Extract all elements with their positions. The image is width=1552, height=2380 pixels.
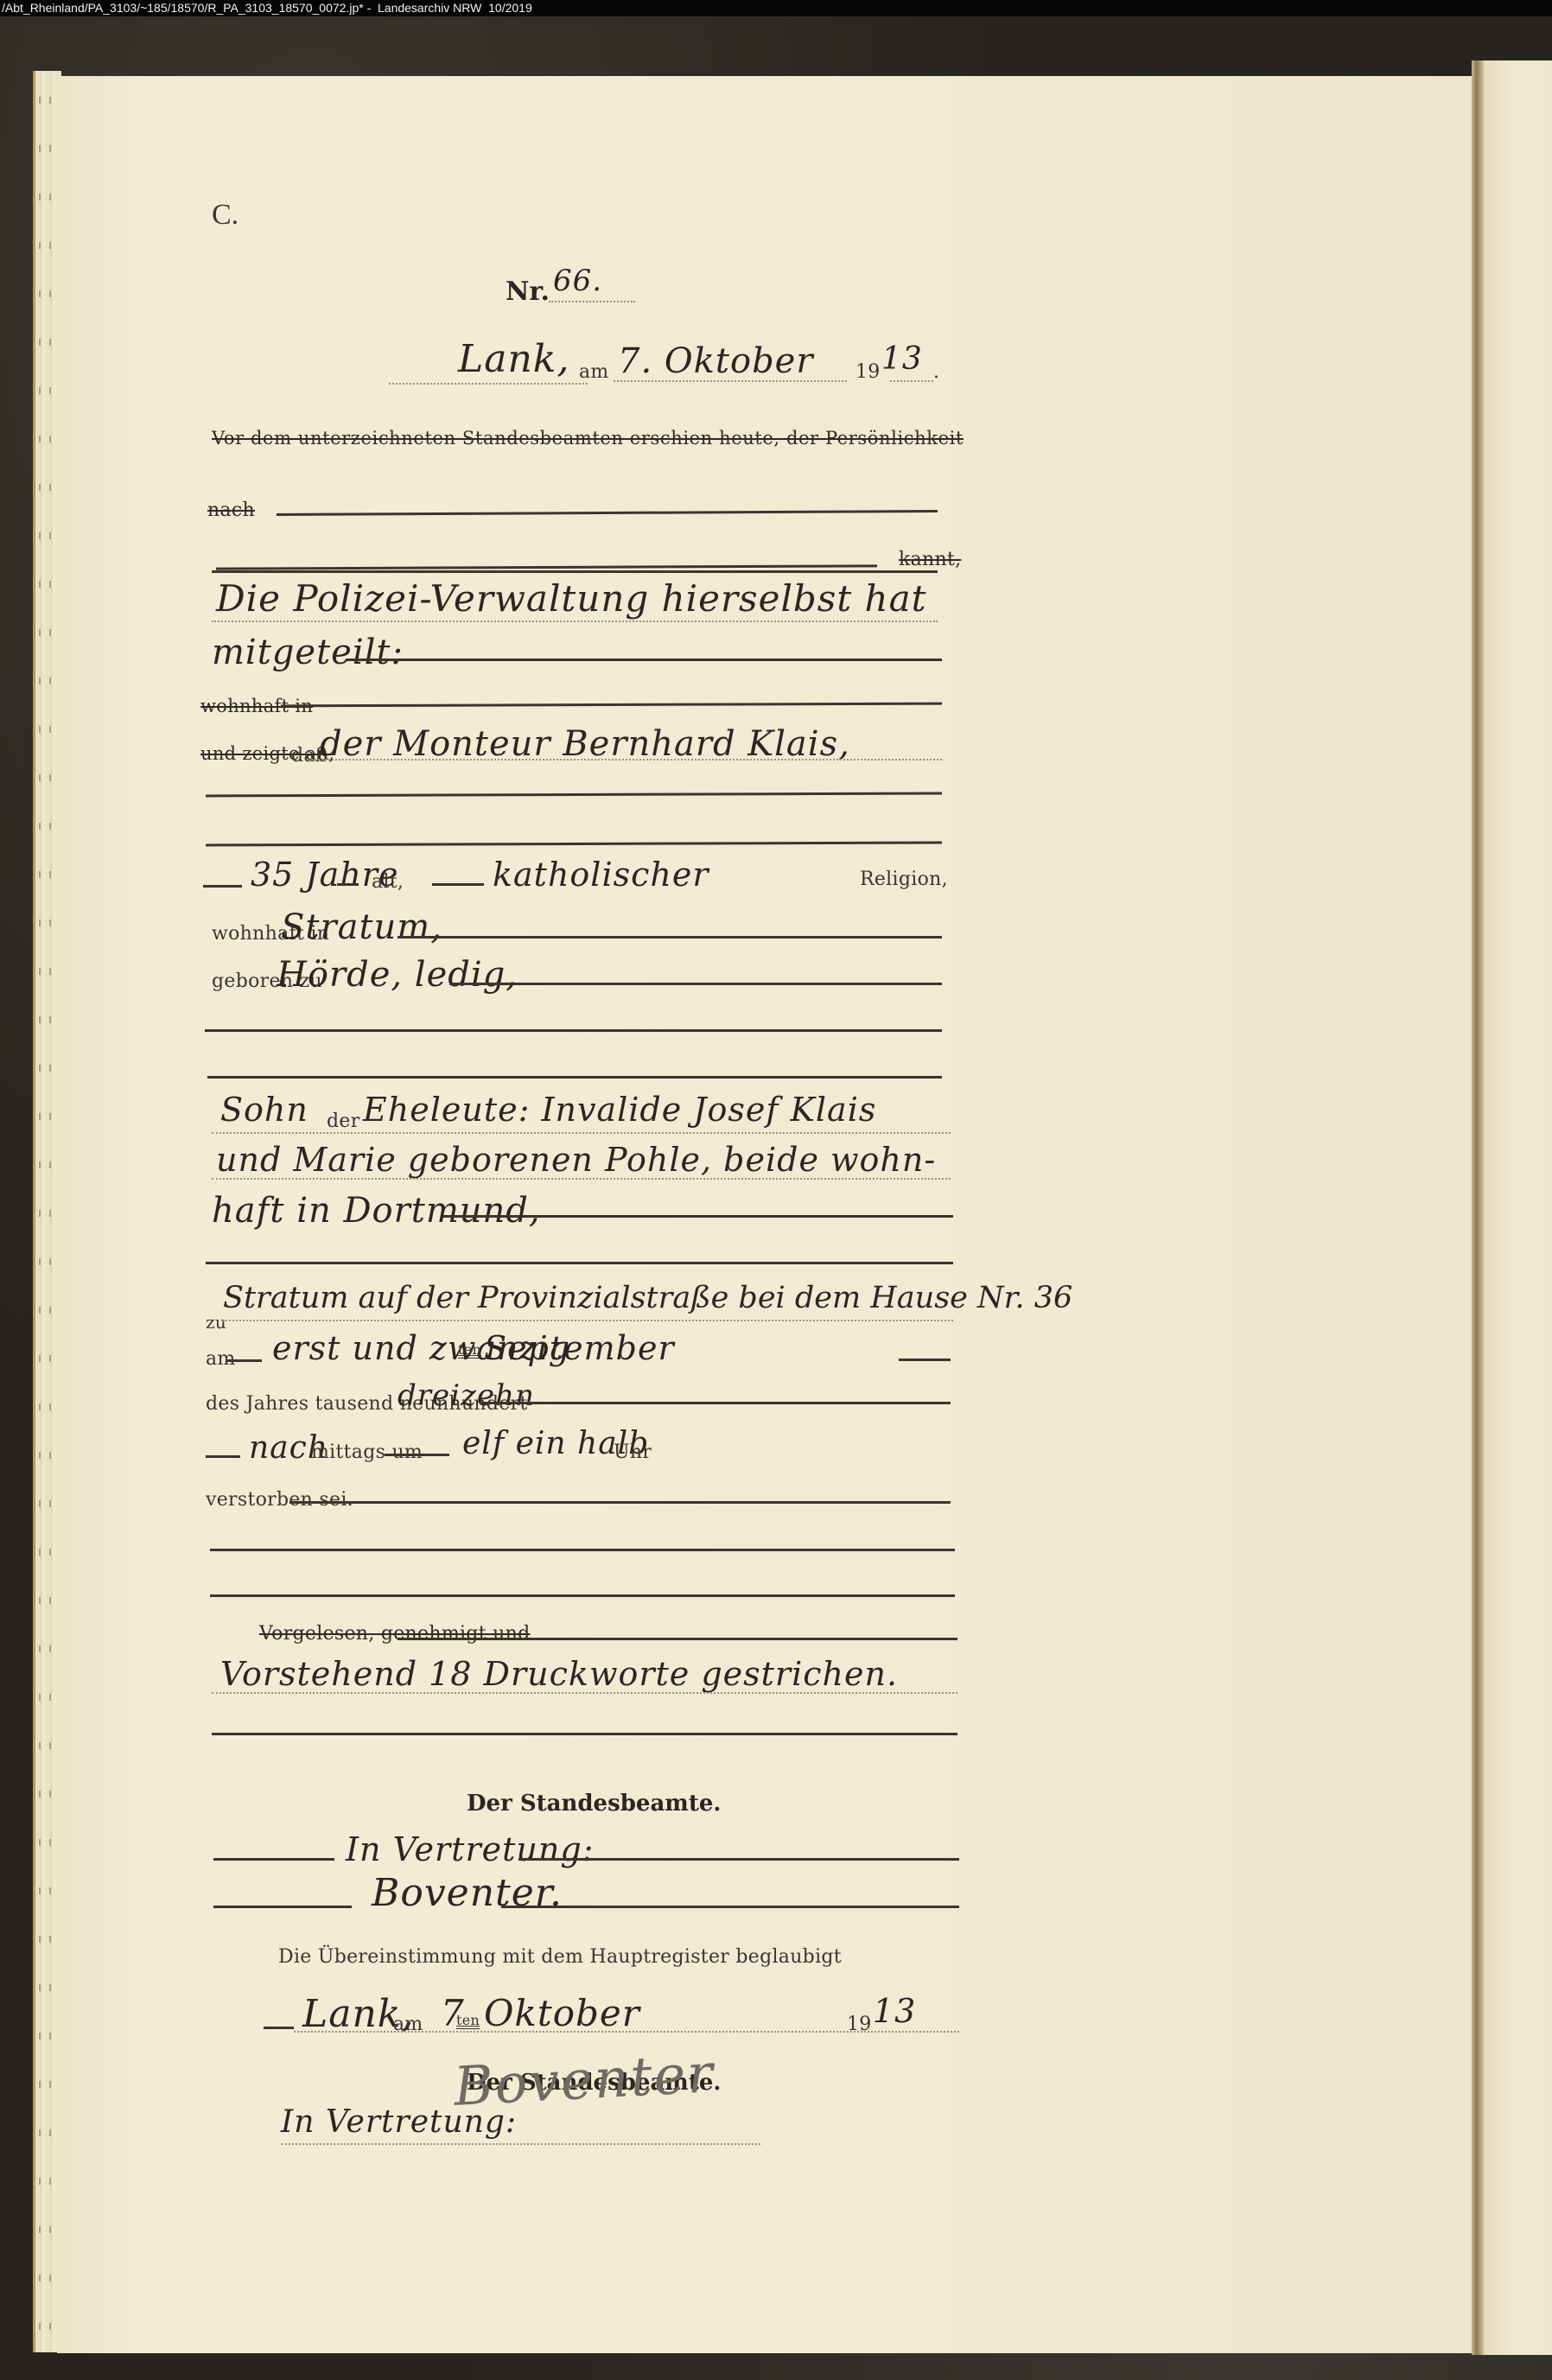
- rule-parents-3: [443, 1215, 953, 1218]
- informant-line-1: Die Polizei-Verwaltung hierselbst hat: [216, 577, 927, 620]
- parents-dotted-2: [212, 1178, 951, 1180]
- cert-year-suffix: 13: [873, 1992, 916, 2030]
- rule-time-lead: [385, 1454, 449, 1456]
- rule-informant-top: [212, 570, 938, 573]
- rule-month-tail: [899, 1359, 951, 1361]
- deceased-birthplace: Hörde, ledig,: [277, 955, 518, 995]
- deceased-residence: Stratum,: [281, 907, 442, 947]
- rule-sig-1-tail: [518, 1858, 959, 1861]
- remark-dotted: [212, 1692, 957, 1694]
- remark-text: Vorstehend 18 Druckworte gestrichen.: [220, 1655, 898, 1693]
- rule-after-remark: [212, 1733, 957, 1735]
- cert-month: Oktober: [484, 1992, 640, 2034]
- rule-religion-lead: [432, 883, 484, 886]
- nr-dotted-line: [549, 301, 635, 302]
- death-year-words: dreizehn: [398, 1378, 535, 1413]
- name-dotted-line: [311, 759, 942, 760]
- rule-parents-4: [206, 1262, 953, 1264]
- informant-dotted-1: [212, 620, 938, 622]
- death-place: Stratum auf der Provinzialstraße bei dem…: [223, 1281, 1072, 1315]
- struck-text-intro: Vor dem unterzeichneten Standesbeamten e…: [212, 428, 964, 449]
- cert-date-dotted: [294, 2031, 959, 2033]
- entry-place: Lank,: [458, 337, 569, 381]
- year-dotted-line: [890, 380, 933, 382]
- rule-after-birthplace-2: [207, 1076, 942, 1079]
- struck-text-kannt: kannt,: [899, 549, 961, 570]
- nr-label: Nr.: [506, 277, 550, 307]
- struck-text-nach: nach: [207, 500, 255, 521]
- rule-day-lead: [227, 1359, 262, 1362]
- place-dotted-line: [389, 383, 588, 385]
- date-dotted-line: [614, 380, 847, 382]
- religion-label: Religion,: [860, 869, 948, 890]
- rule-after-death-1: [210, 1549, 955, 1551]
- der-label: der: [327, 1110, 360, 1132]
- rule-cert-place-lead: [264, 2027, 294, 2029]
- parents-line-3: haft in Dortmund,: [212, 1191, 541, 1231]
- sohn-word: Sohn: [220, 1091, 308, 1129]
- alt-label: alt,: [372, 871, 404, 893]
- rule-vornach-lead: [206, 1455, 240, 1458]
- verstorben-label: verstorben sei.: [206, 1489, 353, 1511]
- facing-page: [1484, 60, 1552, 2355]
- mittags-label: mittags um: [311, 1441, 423, 1463]
- signature-heading: Der Standesbeamte.: [467, 1791, 721, 1817]
- rule-vorgelesen: [398, 1638, 957, 1640]
- uhr-label: Uhr: [614, 1441, 652, 1463]
- book-gutter: [1472, 60, 1484, 2355]
- year-end: .: [933, 361, 939, 383]
- death-place-dotted: [223, 1320, 953, 1321]
- deceased-religion: katholischer: [493, 856, 709, 894]
- parents-dotted-1: [212, 1132, 951, 1134]
- section-letter: C.: [212, 199, 239, 232]
- death-ten-label: ten: [458, 1341, 481, 1358]
- rule-birthplace: [449, 983, 942, 985]
- nr-value: 66.: [553, 264, 602, 298]
- rule-after-death-2: [210, 1594, 955, 1597]
- cert-ten-label: ten: [456, 2012, 480, 2028]
- rule-after-birthplace-1: [205, 1029, 942, 1032]
- entry-date: 7. Oktober: [618, 341, 813, 381]
- year-suffix: 13: [881, 341, 923, 377]
- window-title: /Abt_Rheinland/PA_3103/~185/18570/R_PA_3…: [0, 0, 1552, 16]
- rule-informant-2: [346, 659, 942, 661]
- rule-sig-2-lead: [213, 1906, 352, 1908]
- signature-vertretung: In Vertretung:: [346, 1830, 594, 1868]
- am-label: am: [579, 361, 609, 383]
- rule-residence: [398, 936, 942, 939]
- rule-sig-2-tail: [501, 1906, 959, 1908]
- rule-age-lead: [203, 885, 242, 888]
- rule-sig-1-lead: [213, 1858, 334, 1861]
- signature-name: Boventer.: [372, 1871, 563, 1915]
- rule-age-tail: [337, 883, 359, 886]
- certification-text: Die Übereinstimmung mit dem Hauptregiste…: [278, 1946, 842, 1968]
- informant-line-2: mitgeteilt:: [212, 633, 404, 672]
- rule-year-tail: [480, 1402, 951, 1404]
- cert-signature-dotted: [281, 2143, 760, 2145]
- struck-text-vorgelesen: Vorgelesen, genehmigt und: [259, 1623, 530, 1645]
- year-prefix: 19: [856, 361, 881, 383]
- rule-verstorben: [289, 1501, 951, 1504]
- death-month: September: [484, 1329, 675, 1367]
- parents-line-2: und Marie geborenen Pohle, beide wohn-: [216, 1141, 936, 1179]
- parents-line-1: Eheleute: Invalide Josef Klais: [363, 1091, 876, 1129]
